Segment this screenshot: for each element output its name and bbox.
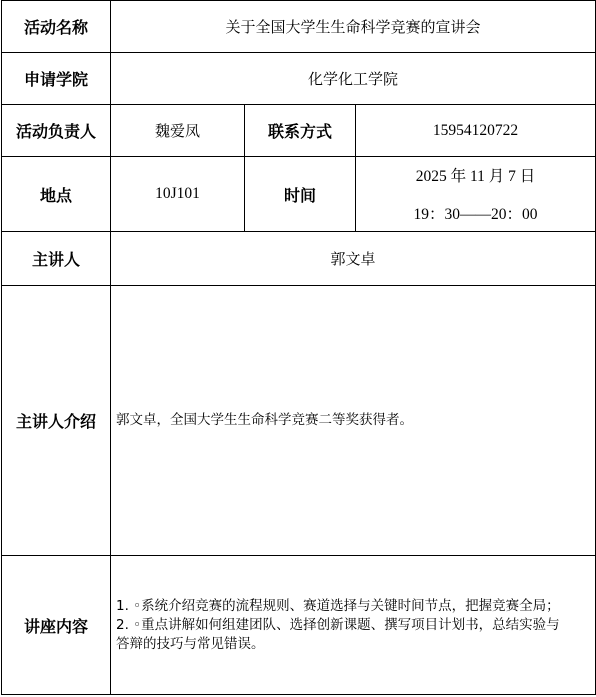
row-speaker: 主讲人 郭文卓 — [2, 232, 596, 286]
row-speaker-intro: 主讲人介绍 郭文卓，全国大学生生命科学竞赛二等奖获得者。 — [2, 286, 596, 556]
speaker-intro-label: 主讲人介绍 — [2, 286, 111, 556]
row-activity-name: 活动名称 关于全国大学生生命科学竞赛的宣讲会 — [2, 1, 596, 53]
college-value: 化学化工学院 — [111, 53, 596, 105]
activity-name-value: 关于全国大学生生命科学竞赛的宣讲会 — [111, 1, 596, 53]
time-range: 19：30——20：00 — [356, 202, 595, 224]
row-person-contact: 活动负责人 魏爱凤 联系方式 15954120722 — [2, 105, 596, 157]
lecture-content-label: 讲座内容 — [2, 556, 111, 695]
time-date: 2025 年 11 月 7 日 — [356, 164, 595, 186]
location-value: 10J101 — [111, 157, 245, 232]
person-in-charge-value: 魏爱凤 — [111, 105, 245, 157]
lecture-content-line: 1. ◦系统介绍竞赛的流程规则、赛道选择与关键时间节点，把握竞赛全局； — [116, 597, 595, 616]
speaker-intro-value: 郭文卓，全国大学生生命科学竞赛二等奖获得者。 — [111, 286, 596, 556]
row-college: 申请学院 化学化工学院 — [2, 53, 596, 105]
speaker-value: 郭文卓 — [111, 232, 596, 286]
activity-form-table: 活动名称 关于全国大学生生命科学竞赛的宣讲会 申请学院 化学化工学院 活动负责人… — [1, 0, 596, 695]
row-location-time: 地点 10J101 时间 2025 年 11 月 7 日 19：30——20：0… — [2, 157, 596, 232]
lecture-content-line: 2. ◦重点讲解如何组建团队、选择创新课题、撰写项目计划书，总结实验与 — [116, 616, 595, 635]
person-in-charge-label: 活动负责人 — [2, 105, 111, 157]
row-lecture-content: 讲座内容 1. ◦系统介绍竞赛的流程规则、赛道选择与关键时间节点，把握竞赛全局；… — [2, 556, 596, 695]
location-label: 地点 — [2, 157, 111, 232]
time-label: 时间 — [245, 157, 356, 232]
contact-value: 15954120722 — [356, 105, 596, 157]
speaker-label: 主讲人 — [2, 232, 111, 286]
lecture-content-value: 1. ◦系统介绍竞赛的流程规则、赛道选择与关键时间节点，把握竞赛全局； 2. ◦… — [111, 556, 596, 695]
time-value: 2025 年 11 月 7 日 19：30——20：00 — [356, 157, 596, 232]
activity-name-label: 活动名称 — [2, 1, 111, 53]
college-label: 申请学院 — [2, 53, 111, 105]
lecture-content-line: 答辩的技巧与常见错误。 — [116, 635, 595, 654]
contact-label: 联系方式 — [245, 105, 356, 157]
